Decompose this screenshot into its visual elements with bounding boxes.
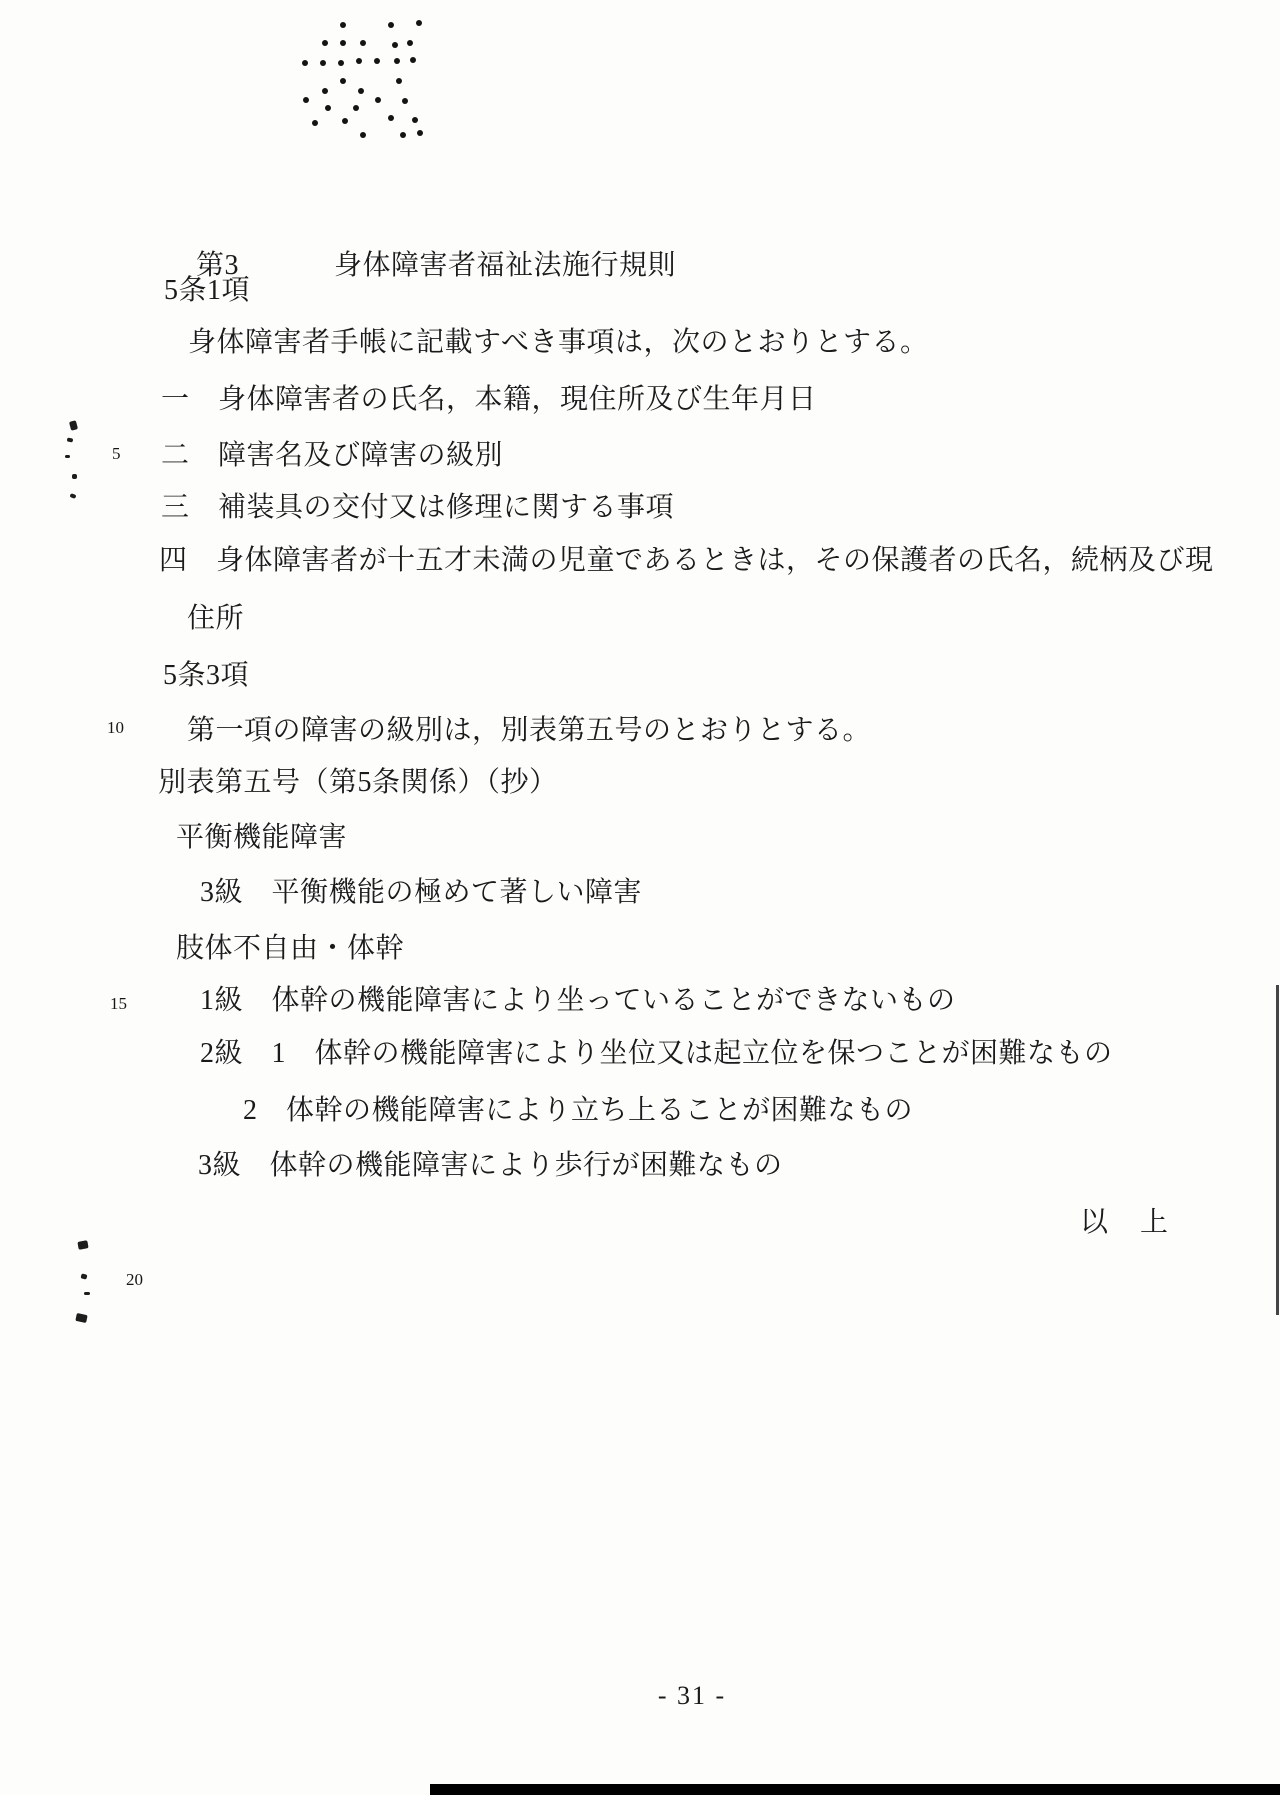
text-line-trunk-grade-2-1: 2級 1 体幹の機能障害により坐位又は起立位を保つことが困難なもの [200,1038,1113,1070]
text-line-limb-trunk-section: 肢体不自由・体幹 [176,933,404,965]
ink-smudge [72,474,77,479]
ink-dot [407,40,413,46]
ink-dot [325,105,331,111]
ink-smudge [67,438,74,443]
ink-dot [322,88,328,94]
section-title: 身体障害者福祉法施行規則 [334,250,676,282]
closing-mark: 以 上 [1080,1200,1170,1240]
ink-dot [360,132,366,138]
ink-dot [353,105,359,111]
scan-edge-line [1276,985,1279,1315]
text-line-trunk-grade-2-2: 2 体幹の機能障害により立ち上ることが困難なもの [243,1095,913,1127]
text-line-item-4-cont: 住所 [187,603,244,635]
text-line-balance-section: 平衡機能障害 [176,822,347,854]
margin-line-number-15: 15 [110,994,127,1014]
ink-smudge [77,1240,88,1250]
text-line-paragraph-2: 第一項の障害の級別は，別表第五号のとおりとする。 [187,715,871,747]
ink-dot [358,88,364,94]
ink-dot [340,40,346,46]
ink-dot [416,20,422,26]
ink-dot [375,97,381,103]
ink-smudge [84,1292,90,1295]
ink-smudge [69,493,76,499]
text-line-item-1: 一 身体障害者の氏名，本籍，現住所及び生年月日 [161,384,817,416]
ink-dot [400,132,406,138]
margin-line-number-20: 20 [126,1270,143,1290]
page-number: - 31 - [592,1681,792,1711]
ink-dot [388,115,394,121]
text-line-appendix-title: 別表第五号（第5条関係）（抄） [158,767,558,799]
scanned-document-page: 第3身体障害者福祉法施行規則 5条1項 身体障害者手帳に記載すべき事項は，次のと… [0,0,1280,1795]
text-line-article-5-3: 5条3項 [163,660,249,692]
ink-smudge [80,1273,87,1279]
ink-dot [412,117,418,123]
ink-dot [303,97,309,103]
ink-dot [342,118,348,124]
ink-dot [410,57,416,63]
ink-dot [360,40,366,46]
text-line-paragraph: 身体障害者手帳に記載すべき事項は，次のとおりとする。 [188,327,928,359]
scan-black-bar [430,1784,1280,1795]
ink-dot [320,60,326,66]
ink-smudge [75,1313,87,1323]
ink-dot [388,22,394,28]
ink-smudge [69,420,78,431]
ink-dot [322,40,328,46]
ink-smudge [65,455,70,458]
margin-line-number-5: 5 [112,444,121,464]
ink-dot [402,98,408,104]
ink-dot [374,58,380,64]
ink-dot [392,42,398,48]
ink-dot [312,120,318,126]
ink-dot [338,60,344,66]
text-line-item-3: 三 補装具の交付又は修理に関する事項 [161,492,674,524]
text-line-trunk-grade-1: 1級 体幹の機能障害により坐っていることができないもの [200,985,956,1017]
ink-dot [394,58,400,64]
text-line-item-4: 四 身体障害者が十五才未満の児童であるときは，その保護者の氏名，続柄及び現 [159,545,1214,577]
ink-dot [396,78,402,84]
text-line-item-2: 二 障害名及び障害の級別 [161,440,503,472]
text-line-balance-grade-3: 3級 平衡機能の極めて著しい障害 [200,877,642,909]
ink-dot [340,78,346,84]
ink-dot [340,22,346,28]
ink-dot [356,58,362,64]
ink-dot [302,60,308,66]
text-line-trunk-grade-3: 3級 体幹の機能障害により歩行が困難なもの [198,1150,783,1182]
text-line-article-5-1: 5条1項 [164,275,250,307]
margin-line-number-10: 10 [107,718,124,738]
ink-dot [417,130,423,136]
